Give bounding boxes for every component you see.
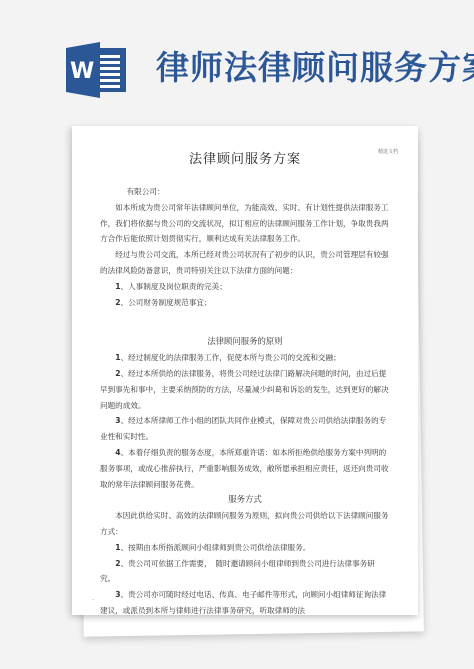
principles-heading: 法律顾问服务的原则: [100, 334, 390, 350]
method-item: 1、按期由本所指派顾问小组律师到贵公司供给法律服务。: [100, 540, 390, 556]
document-page: 精选文档 法律顾问服务方案 有限公司： 如本所成为贵公司常年法律顾问单位，为能高…: [72, 126, 418, 615]
salutation: 有限公司：: [100, 184, 390, 200]
trailing-mark: -: [92, 596, 94, 603]
word-document-icon: W: [66, 42, 128, 98]
banner-title: 律师法律顾问服务方案: [156, 48, 474, 88]
context-paragraph: 经过与贵公司交流，本所已经对贵公司状况有了初步的认识，贵公司管理层有较强的法律风…: [100, 247, 390, 279]
method-item: 3、贵公司亦可随时经过电话、传真、电子邮件等形式，向顾问小组律师征询法律建议，或…: [100, 587, 390, 619]
svg-text:W: W: [70, 59, 94, 84]
document-title: 法律顾问服务方案: [72, 148, 418, 167]
principle-item: 2、经过本所供给的法律服务，将贵公司经过法律门路解决问题的时间，由过后提早到事先…: [100, 366, 390, 413]
method-item: 2、贵公司可依据工作需要， 随时邀请顾问小组律师到贵公司进行法律事务研究。: [100, 556, 390, 588]
concern-item: 1、人事制度及岗位职责的完美；: [100, 279, 390, 295]
principle-item: 4、本着仔细负责的服务态度，本所郑重许诺：如本所拒绝供给服务方案中列明的服务事项…: [100, 445, 390, 492]
principle-item: 3、经过本所律师工作小组的团队共同作业模式，保障对贵公司供给法律服务的专业性和实…: [100, 413, 390, 445]
principle-item: 1、经过制度化的法律服务工作，促使本所与贵公司的交流和交融；: [100, 350, 390, 366]
methods-intro: 本因此供给实时、高效的法律顾问服务为原则，拟向贵公司供给以下法律顾问服务方式：: [100, 508, 390, 540]
document-banner: W 律师法律顾问服务方案: [0, 0, 474, 118]
intro-paragraph: 如本所成为贵公司常年法律顾问单位，为能高效、实时、有计划性提供法律服务工作，我们…: [100, 200, 390, 247]
concern-item: 2、公司财务制度规范事宜；: [100, 295, 390, 311]
document-body: 有限公司： 如本所成为贵公司常年法律顾问单位，为能高效、实时、有计划性提供法律服…: [100, 184, 390, 619]
methods-heading: 服务方式: [100, 492, 390, 508]
